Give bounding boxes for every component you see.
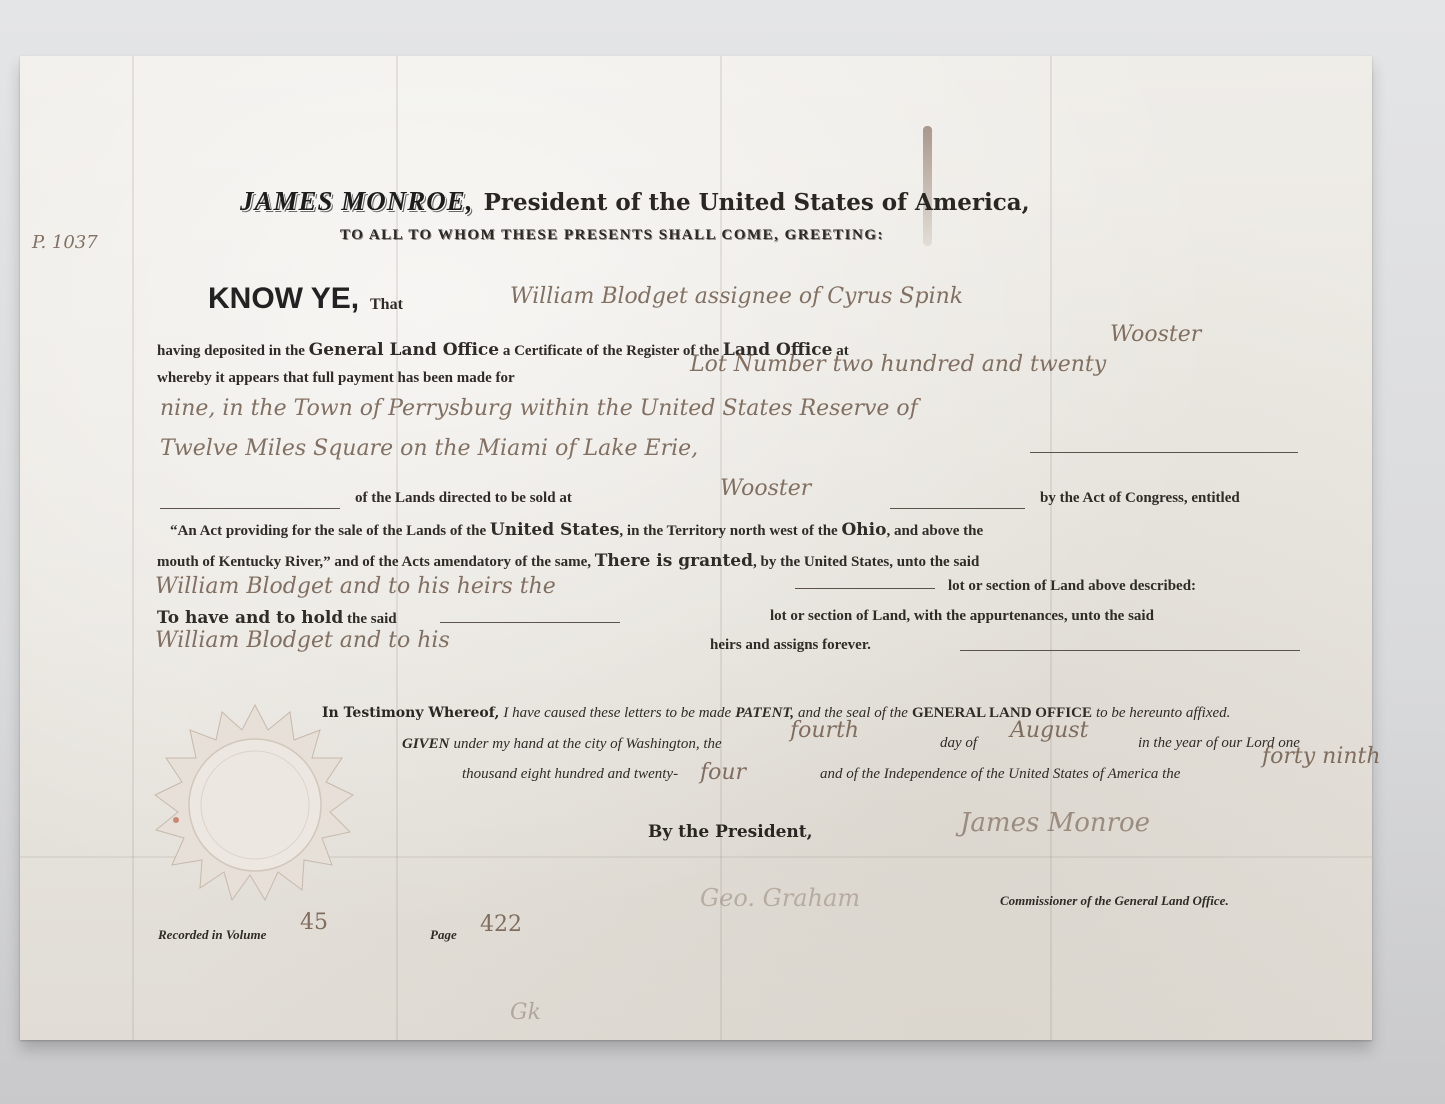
blank-rule (795, 588, 935, 589)
lot-description-2: nine, in the Town of Perrysburg within t… (160, 396, 918, 421)
by-the-president: By the President, (648, 822, 813, 842)
know-ye-line: KNOW YE, (208, 282, 359, 316)
that-text: That (370, 296, 403, 314)
grantee-heirs-2: William Blodget and to his (155, 628, 450, 653)
recorded-label: Recorded in Volume (158, 927, 266, 943)
act-title-line-1: “An Act providing for the sale of the La… (170, 520, 983, 540)
to-have-line: To have and to hold the said (157, 608, 397, 628)
blank-rule (1030, 452, 1298, 453)
page-label: Page (430, 927, 457, 943)
lot-description-3: Twelve Miles Square on the Miami of Lake… (160, 436, 698, 461)
president-name: JAMES MONROE, (240, 186, 474, 216)
sale-location: Wooster (720, 476, 811, 501)
fold-line (132, 56, 134, 1040)
heirs-forever: heirs and assigns forever. (710, 637, 871, 654)
day-of: day of (940, 735, 977, 752)
page-number: 422 (480, 912, 522, 937)
blank-rule (960, 650, 1300, 651)
know-ye: KNOW YE, (208, 282, 359, 315)
day-handwritten: fourth (790, 718, 859, 743)
blank-rule (890, 508, 1025, 509)
lot-desc-above: lot or section of Land above described: (948, 578, 1196, 595)
testimony-line-3: thousand eight hundred and twenty- (462, 766, 678, 783)
grantee-heirs-1: William Blodget and to his heirs the (155, 574, 556, 599)
volume-number: 45 (300, 910, 328, 935)
commissioner-title: Commissioner of the General Land Office. (1000, 893, 1229, 909)
act-title-line-2: mouth of Kentucky River,” and of the Act… (157, 551, 979, 571)
blank-rule (440, 622, 620, 623)
greeting: TO ALL TO WHOM THESE PRESENTS SHALL COME… (340, 227, 884, 244)
title-rest: President of the United States of Americ… (484, 189, 1030, 216)
independence-text: and of the Independence of the United St… (820, 766, 1180, 783)
header-title: JAMES MONROE, President of the United St… (240, 186, 1030, 217)
marginal-number: P. 1037 (32, 232, 98, 253)
testimony-line-1: In Testimony Whereof, I have caused thes… (322, 704, 1230, 722)
lot-description-1: Lot Number two hundred and twenty (690, 352, 1106, 377)
act-text: by the Act of Congress, entitled (1040, 490, 1240, 507)
commissioner-signature: Geo. Graham (700, 884, 860, 912)
independence-year: forty ninth (1262, 744, 1381, 769)
testimony-line-2: GIVEN under my hand at the city of Washi… (402, 735, 722, 753)
president-signature: James Monroe (960, 808, 1150, 838)
blank-rule (160, 508, 340, 509)
year-handwritten: four (700, 760, 746, 785)
grantee-handwritten: William Blodget assignee of Cyrus Spink (510, 284, 963, 309)
clerk-initials: Gk (510, 1000, 541, 1025)
land-office-location: Wooster (1110, 322, 1201, 347)
payment-text: whereby it appears that full payment has… (157, 370, 515, 387)
month-handwritten: August (1010, 718, 1088, 743)
lot-with-appurtenances: lot or section of Land, with the appurte… (770, 608, 1154, 625)
embossed-seal-icon (150, 700, 360, 910)
lands-text: of the Lands directed to be sold at (355, 490, 572, 507)
